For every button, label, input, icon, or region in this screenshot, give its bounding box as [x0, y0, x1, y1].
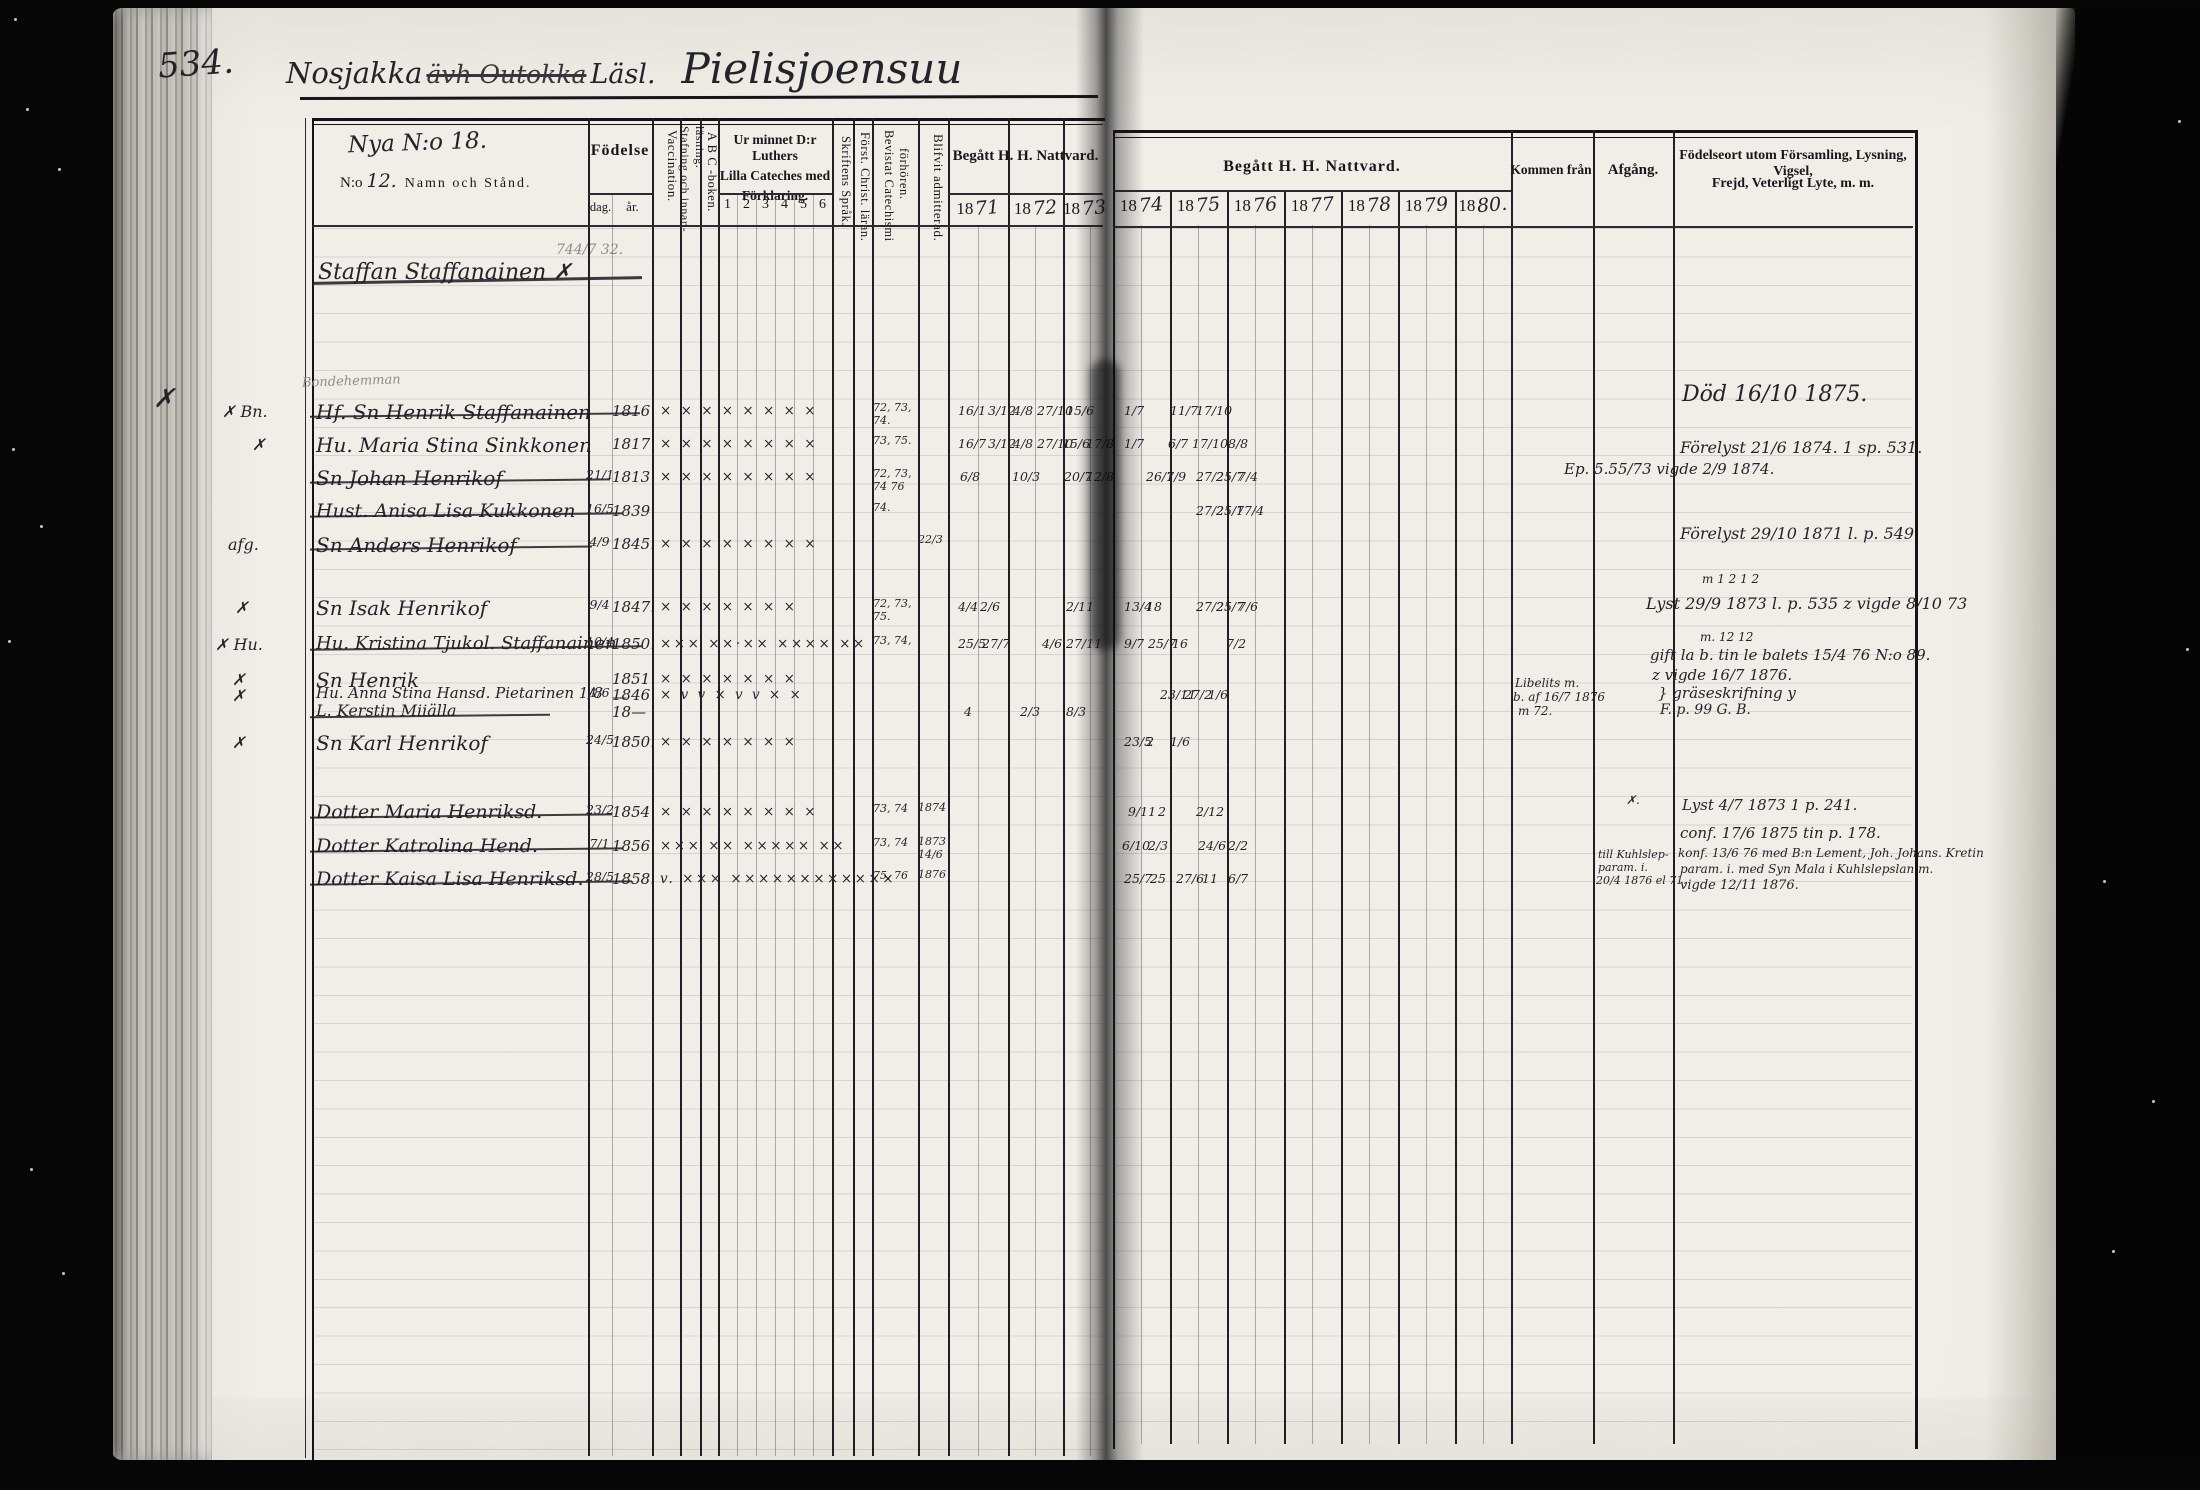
- row-name: Hu. Anna Stina Hansd. Pietarinen 1/8: [316, 684, 603, 702]
- communion-mark: 2/6: [980, 599, 1000, 614]
- nattvard-header-right: Begått H. H. Nattvard.: [1113, 158, 1511, 176]
- row-margin-mark: ✗: [252, 435, 265, 454]
- title-part1: Nosjakka: [286, 56, 422, 90]
- dust-speck: [2178, 120, 2181, 123]
- communion-mark: 6/7: [1168, 436, 1188, 451]
- grid-line: [1483, 225, 1484, 1444]
- note-fodelseort: m. 12 12: [1700, 630, 1753, 644]
- ur-minnet-line2: Lilla Cateches med: [718, 168, 832, 184]
- row-name: Sn Isak Henrikof: [316, 596, 487, 620]
- communion-mark: 2/3: [1020, 704, 1040, 719]
- note-kommen-fran: m 72.: [1518, 704, 1552, 718]
- year-handwritten: 78: [1366, 193, 1392, 217]
- year-handwritten: 71: [974, 196, 1000, 220]
- communion-mark: 3/12: [988, 436, 1016, 451]
- note-kommen-fran: Libelits m.: [1515, 676, 1579, 690]
- communion-mark: 2/12: [1196, 804, 1224, 819]
- grid-line: [680, 118, 682, 1456]
- grid-line: [1369, 225, 1370, 1444]
- communion-mark: 7/2: [1226, 636, 1246, 651]
- communion-mark: 2/2: [1228, 838, 1248, 853]
- reading-x-marks: × × × × × × × ×: [660, 469, 818, 485]
- communion-mark: 10/3: [1012, 469, 1040, 484]
- communion-mark: 2: [1146, 734, 1154, 749]
- communion-mark: 27/6: [1176, 871, 1204, 886]
- row-name: Dotter Maria Henriksd.: [316, 801, 542, 823]
- gutter-dark-blotch: [1090, 360, 1120, 650]
- entry-number-handwritten: Nya N:o 18.: [348, 128, 488, 159]
- note-fodelseort: Död 16/10 1875.: [1682, 382, 1867, 407]
- grid-line: [813, 193, 814, 1456]
- grid-line: [652, 118, 654, 1456]
- subcol-number: 5: [794, 197, 813, 213]
- grid-line: [853, 118, 855, 1456]
- year-handwritten: 80.: [1476, 193, 1508, 218]
- reading-x-marks: × v v × v v × ×: [660, 687, 803, 703]
- year-printed: 18: [1458, 196, 1475, 215]
- film-border-top: [0, 0, 2200, 8]
- title-struck-part: ävh Outokka: [426, 60, 586, 89]
- dust-speck: [14, 18, 17, 21]
- dust-speck: [12, 448, 15, 451]
- margin-cross-mark: ✗: [153, 384, 175, 414]
- grid-line: [1170, 190, 1172, 1444]
- year-cell-right: 1876: [1227, 194, 1284, 216]
- subcol-number: 2: [737, 197, 756, 213]
- communion-mark: 8/8: [1228, 436, 1248, 451]
- row-name: Hf. Sn Henrik Staffanainen: [316, 400, 591, 424]
- row-margin-mark: ✗ Hu.: [215, 635, 263, 654]
- catechism-exam-years: 73, 75.: [873, 434, 919, 447]
- birth-day: 24/5: [586, 732, 613, 747]
- communion-mark: 6/7: [1228, 871, 1248, 886]
- communion-mark: 4: [964, 704, 972, 719]
- grid-line: [872, 118, 874, 1456]
- note-fodelseort: Lyst 4/7 1873 1 p. 241.: [1682, 796, 1857, 814]
- birth-day: 28/5: [586, 869, 613, 884]
- dust-speck: [30, 1168, 33, 1171]
- film-border-right: [2056, 0, 2200, 1490]
- birth-day: 1/6: [586, 685, 613, 700]
- header-separator: [588, 193, 652, 195]
- reading-x-marks: × × × × × × ×: [660, 671, 797, 687]
- year-printed: 18: [1177, 196, 1194, 215]
- catechism-exam-years: 73, 74: [873, 802, 919, 815]
- dust-speck: [26, 108, 29, 111]
- dust-speck: [2186, 648, 2189, 651]
- grid-line: [1341, 190, 1343, 1444]
- grid-line: [1255, 225, 1256, 1444]
- subcol-number: 1: [718, 197, 737, 213]
- year-printed: 18: [1014, 199, 1031, 218]
- reading-x-marks: ××× ×× ××××× ××: [660, 838, 846, 854]
- year-printed: 18: [1405, 196, 1422, 215]
- year-cell-right: 1878: [1341, 194, 1398, 216]
- year-cell-left: 1871: [948, 197, 1008, 219]
- communion-mark: 2: [1158, 804, 1166, 819]
- note-fodelseort: m 1 2 1 2: [1702, 572, 1759, 586]
- grid-line: [794, 193, 795, 1456]
- film-border-bottom: [0, 1460, 2200, 1490]
- header-separator: [312, 225, 1103, 227]
- note-fodelseort: vigde 12/11 1876.: [1680, 878, 1799, 893]
- title-part3: Pielisjoensuu: [682, 44, 963, 93]
- row-name: Hu. Kristina Tjukol. Staffanainen: [316, 633, 617, 654]
- birth-year: 1850.: [612, 733, 658, 751]
- grid-line: [948, 118, 950, 1456]
- note-afgang: param. i.: [1598, 861, 1648, 874]
- note-fodelseort: gift la b. tin le balets 15/4 76 N:o 89.: [1650, 646, 1930, 664]
- note-afgang: 20/4 1876 el 71.: [1596, 874, 1687, 887]
- grid-line: [775, 193, 776, 1456]
- communion-mark: 27/7: [982, 636, 1010, 651]
- reading-x-marks: × × × × × × × ×: [660, 804, 818, 820]
- communion-mark: 24/6: [1198, 838, 1226, 853]
- no-value-handwritten: 12.: [367, 170, 397, 192]
- row-margin-mark: afg.: [228, 535, 259, 554]
- note-fodelseort: Förelyst 29/10 1871 l. p. 549.: [1680, 524, 1919, 543]
- column-fodelse: Födelse: [588, 142, 652, 160]
- communion-mark: 17/10: [1192, 436, 1228, 451]
- grid-line: [1673, 130, 1675, 1444]
- grid-line: [612, 193, 613, 1456]
- column-fodelse-dag: dag.: [588, 200, 613, 215]
- year-printed: 18: [1348, 196, 1365, 215]
- reading-x-marks: × × × × × × × ×: [660, 403, 818, 419]
- note-fodelseort: Lyst 29/9 1873 l. p. 535 z vigde 8/10 73: [1646, 594, 1967, 613]
- communion-mark: 1/6: [1170, 734, 1190, 749]
- communion-mark: 16: [1172, 636, 1188, 651]
- grid-line: [1455, 190, 1457, 1444]
- communion-mark: 1/6: [1208, 687, 1228, 702]
- reading-x-marks: v. ××× ××××××××××××: [660, 871, 896, 887]
- communion-mark: 25: [1150, 871, 1166, 886]
- note-fodelseort: konf. 13/6 76 med B:n Lement, Joh. Johan…: [1678, 846, 1984, 860]
- subcol-number: 6: [813, 197, 832, 213]
- grid-line: [588, 118, 590, 1456]
- birth-day: 10/4: [586, 634, 613, 649]
- row-margin-mark: ✗: [235, 598, 248, 617]
- row-name: Sn Anders Henrikof: [316, 533, 517, 557]
- communion-mark: 11/7: [1170, 403, 1198, 418]
- birth-year: 1846: [612, 686, 658, 704]
- birth-year: 18—: [612, 703, 658, 721]
- grid-line: [756, 193, 757, 1456]
- communion-mark: 16/7: [958, 436, 986, 451]
- table-frame-left-outerline: [305, 118, 306, 1458]
- birth-year: 1813: [612, 468, 658, 486]
- column-afgang: Afgång.: [1593, 162, 1673, 179]
- reading-x-marks: ××× ××·×× ×××× ××: [660, 636, 867, 652]
- communion-mark: 4/8: [1013, 403, 1033, 418]
- row-name: Hust. Anisa Lisa Kukkonen: [316, 500, 575, 522]
- dust-speck: [58, 168, 61, 171]
- birth-year: 1847.: [612, 598, 658, 616]
- note-fodelseort: Ep. 5.55/73 vigde 2/9 1874.: [1564, 460, 1774, 478]
- birth-year: 1816: [612, 402, 658, 420]
- communion-mark: 4/6: [1042, 636, 1062, 651]
- page-title: Nosjakka ävh Outokka Läsl. Pielisjoensuu: [286, 44, 962, 93]
- communion-mark: 11: [1202, 871, 1218, 886]
- column-fodelse-ar: år.: [613, 199, 652, 215]
- year-handwritten: 75: [1195, 193, 1221, 217]
- communion-mark: 18: [1146, 599, 1162, 614]
- catechism-exam-years: 72, 73, 75.: [873, 597, 919, 623]
- grid-line: [1227, 190, 1229, 1444]
- admitted-date: 22/3: [918, 534, 950, 547]
- dust-speck: [40, 525, 43, 528]
- grid-line: [1284, 190, 1286, 1444]
- title-part2: Läsl.: [590, 59, 655, 90]
- row-margin-mark: ✗: [232, 733, 245, 752]
- birth-year: 1850.: [612, 635, 658, 653]
- admitted-date: 1873 14/6: [918, 836, 950, 861]
- birth-year: 1858.: [612, 870, 658, 888]
- catechism-exam-years: 73, 74: [873, 836, 919, 849]
- dust-speck: [62, 1272, 65, 1275]
- grid-line: [1035, 225, 1036, 1456]
- grid-line: [1511, 130, 1513, 1444]
- catechism-exam-years: 75, 76: [873, 869, 919, 882]
- year-cell-right: 1879: [1398, 194, 1455, 216]
- communion-mark: 7/4: [1238, 469, 1258, 484]
- page-stack-edge: [112, 8, 212, 1460]
- grid-line: [1312, 225, 1313, 1444]
- dust-speck: [2152, 1100, 2155, 1103]
- note-fodelseort: } gräseskrifning y: [1658, 684, 1796, 702]
- note-fodelseort: F. p. 99 G. B.: [1660, 702, 1751, 718]
- reading-x-marks: × × × × × × ×: [660, 599, 797, 615]
- dust-speck: [2112, 1250, 2115, 1253]
- note-afgang: till Kuhlslep-: [1598, 848, 1669, 861]
- reading-x-marks: × × × × × × × ×: [660, 436, 818, 452]
- note-kommen-fran: b. af 16/7 1876: [1513, 690, 1605, 704]
- note-fodelseort: param. i. med Syn Mala i Kuhlslepslan m.: [1680, 862, 1933, 876]
- grid-line: [1398, 190, 1400, 1444]
- header-separator: [1113, 190, 1511, 192]
- birth-year: 1845.: [612, 535, 658, 553]
- page-number: 534.: [157, 41, 235, 86]
- subcol-number: 3: [756, 197, 775, 213]
- scanned-parish-register-page: 534. Nosjakka ävh Outokka Läsl. Pielisjo…: [0, 0, 2200, 1490]
- name-column-header: N:o 12. Namn och Stånd.: [340, 170, 532, 192]
- birth-day: 16/5: [586, 501, 613, 516]
- communion-mark: 17/4: [1236, 503, 1264, 518]
- table-frame-right-innerline: [1113, 137, 1913, 138]
- book-gutter-shadow: [1076, 8, 1144, 1460]
- row-name: Dotter Katrolina Hend.: [316, 835, 538, 857]
- subcol-number: 4: [775, 197, 794, 213]
- row-name: Hu. Maria Stina Sinkkonen: [316, 433, 592, 457]
- row-name: Dotter Kaisa Lisa Henriksd.: [316, 868, 584, 890]
- note-fodelseort: Förelyst 21/6 1874. 1 sp. 531.: [1680, 438, 1922, 457]
- year-printed: 18: [956, 199, 973, 218]
- communion-mark: 6/8: [960, 469, 980, 484]
- birth-day: 9/4: [586, 597, 613, 612]
- grid-line: [1063, 118, 1065, 1456]
- grid-line: [737, 193, 738, 1456]
- catechism-exam-years: 74.: [873, 501, 919, 514]
- film-border-left: [0, 0, 113, 1490]
- grid-line: [700, 118, 702, 1456]
- no-label: N:o: [340, 175, 363, 191]
- year-handwritten: 77: [1309, 193, 1335, 217]
- admitted-date: 1876: [918, 869, 950, 882]
- row-margin-mark: ✗ Bn.: [222, 402, 268, 421]
- communion-mark: 17/10: [1196, 403, 1232, 418]
- ur-minnet-line1: Ur minnet D:r Luthers: [718, 132, 832, 164]
- communion-mark: 4/8: [1013, 436, 1033, 451]
- birth-day: 7/1: [586, 836, 613, 851]
- year-handwritten: 72: [1032, 196, 1058, 220]
- year-cell-right: 1880.: [1455, 194, 1511, 216]
- reading-x-marks: × × × × × × ×: [660, 734, 797, 750]
- admitted-date: 1874: [918, 802, 950, 815]
- birth-day: 4/9: [586, 534, 613, 549]
- communion-mark: 7/6: [1238, 599, 1258, 614]
- birth-year: 1856: [612, 837, 658, 855]
- grid-line: [832, 118, 834, 1456]
- communion-mark: 2/3: [1148, 838, 1168, 853]
- year-handwritten: 76: [1252, 193, 1278, 217]
- communion-mark: 4/4: [958, 599, 978, 614]
- communion-mark: 1/9: [1166, 469, 1186, 484]
- namn-och-stand-label: Namn och Stånd.: [405, 176, 532, 191]
- catechism-exam-years: 72, 73, 74.: [873, 401, 919, 427]
- row-name: Sn Karl Henrikof: [316, 731, 488, 755]
- birth-year: 1817: [612, 435, 658, 453]
- communion-mark: 16/1: [958, 403, 986, 418]
- catechism-exam-years: 73, 74,: [873, 634, 919, 647]
- year-printed: 18: [1234, 196, 1251, 215]
- note-afgang: ✗.: [1626, 793, 1640, 807]
- grid-line: [1008, 118, 1010, 1456]
- birth-day: 21/1: [586, 467, 613, 482]
- year-handwritten: 79: [1423, 193, 1449, 217]
- table-frame-left-innerline: [312, 124, 1103, 125]
- grid-line: [718, 118, 720, 1456]
- dust-speck: [8, 640, 11, 643]
- dust-speck: [2103, 880, 2106, 883]
- birth-year: 1839: [612, 502, 658, 520]
- year-printed: 18: [1291, 196, 1308, 215]
- birth-year: 1854: [612, 803, 658, 821]
- grid-line: [918, 118, 920, 1456]
- grid-line: [1593, 130, 1595, 1444]
- row-margin-mark: ✗: [232, 686, 245, 705]
- year-cell-right: 1877: [1284, 194, 1341, 216]
- year-cell-left: 1872: [1008, 197, 1063, 219]
- column-fodelseort-line2: Frejd, Veterligt Lyte, m. m.: [1673, 176, 1913, 192]
- birth-day: 23/2: [586, 802, 613, 817]
- header-separator: [1113, 226, 1913, 228]
- column-kommen-fran: Kommen från: [1509, 162, 1593, 178]
- catechism-exam-years: 72, 73, 74 76: [873, 467, 919, 493]
- year-cell-right: 1875: [1170, 194, 1227, 216]
- header-separator: [718, 193, 832, 195]
- reading-x-marks: × × × × × × × ×: [660, 536, 818, 552]
- grid-line: [1426, 225, 1427, 1444]
- row-name: Sn Johan Henrikof: [316, 466, 503, 490]
- communion-mark: 3/12: [988, 403, 1016, 418]
- note-fodelseort: z vigde 16/7 1876.: [1652, 666, 1792, 684]
- note-fodelseort: conf. 17/6 1875 tin p. 178.: [1680, 824, 1881, 842]
